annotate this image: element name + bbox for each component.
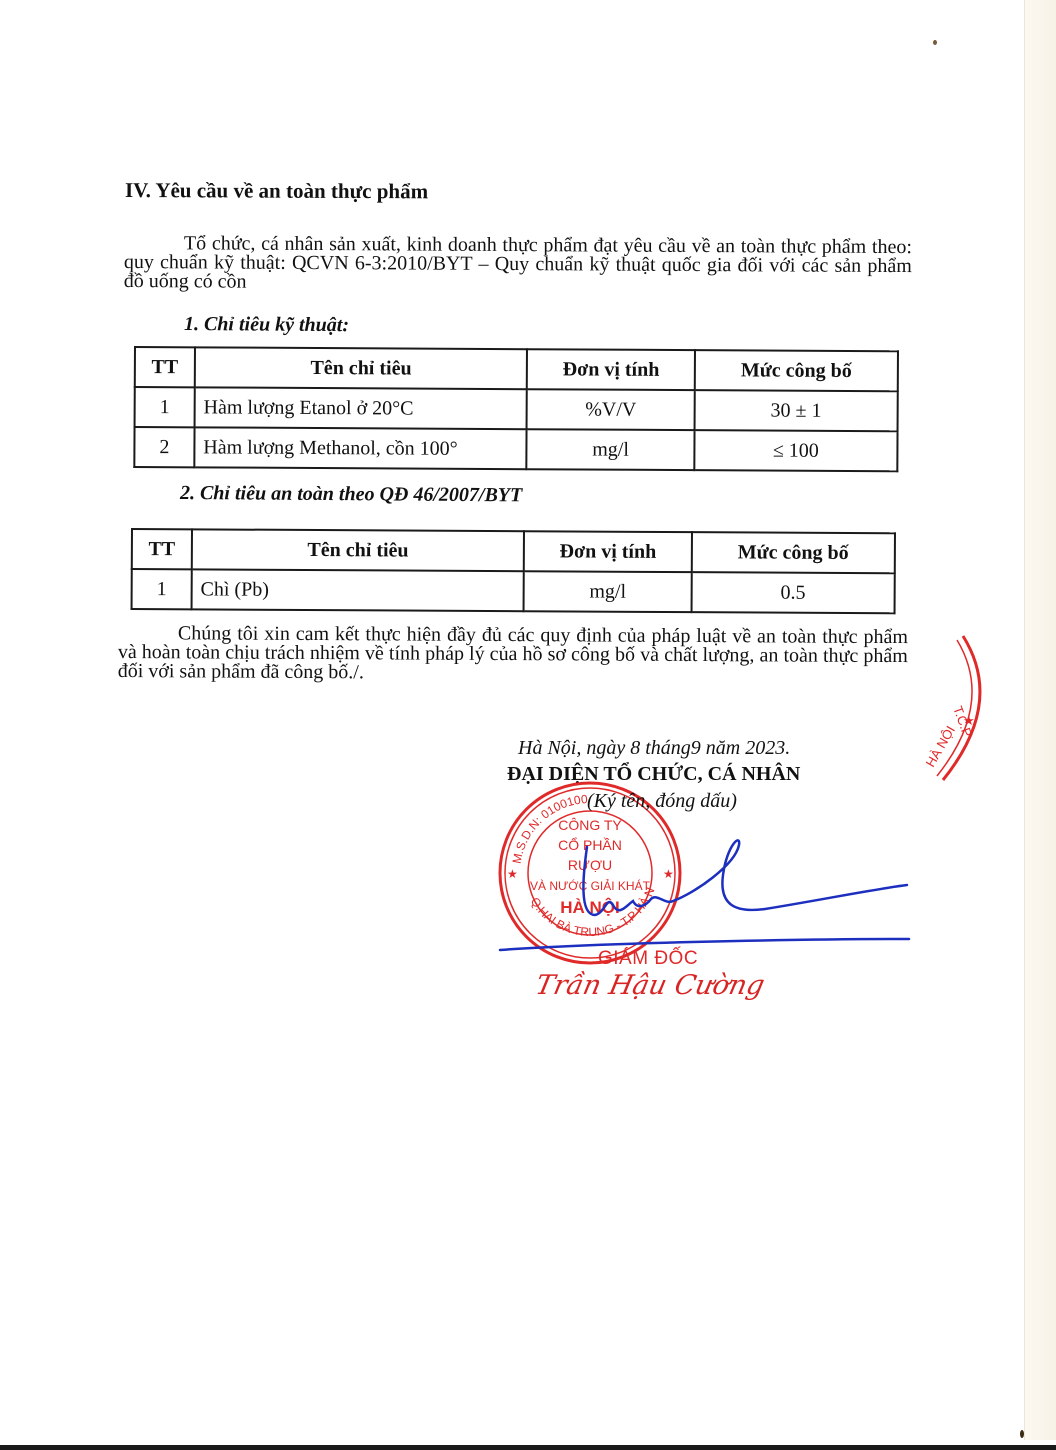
partial-stamp-icon: T.C.P ★ HÀ NỘI — [925, 628, 1056, 788]
header-name: Tên chỉ tiêu — [192, 529, 525, 571]
header-name: Tên chỉ tiêu — [195, 347, 528, 389]
cell-unit: mg/l — [527, 429, 695, 470]
svg-text:HÀ NỘI: HÀ NỘI — [925, 723, 958, 769]
cell-tt: 2 — [134, 427, 194, 467]
signer-role: GIÁM ĐỐC — [598, 948, 698, 970]
technical-criteria-title: 1. Chỉ tiêu kỹ thuật: — [184, 313, 349, 337]
cell-name: Hàm lượng Etanol ở 20°C — [194, 387, 527, 429]
intro-text: Tổ chức, cá nhân sản xuất, kinh doanh th… — [124, 232, 912, 292]
intro-paragraph: Tổ chức, cá nhân sản xuất, kinh doanh th… — [124, 234, 912, 295]
cell-unit: %V/V — [527, 389, 695, 430]
cell-unit: mg/l — [524, 571, 692, 612]
svg-text:★: ★ — [963, 713, 975, 728]
header-unit: Đơn vị tính — [527, 349, 695, 390]
header-value: Mức công bố — [692, 532, 895, 573]
table-header-row: TT Tên chỉ tiêu Đơn vị tính Mức công bố — [135, 347, 898, 391]
header-unit: Đơn vị tính — [524, 531, 692, 572]
cell-tt: 1 — [135, 387, 195, 427]
cell-value: 30 ± 1 — [694, 390, 897, 431]
scan-bottom-border — [0, 1445, 1056, 1450]
cell-name: Hàm lượng Methanol, cồn 100° — [194, 427, 527, 469]
header-value: Mức công bố — [695, 350, 898, 391]
cell-value: ≤ 100 — [694, 430, 897, 471]
stamp-line1: CÔNG TY — [558, 817, 622, 833]
table-header-row: TT Tên chỉ tiêu Đơn vị tính Mức công bố — [132, 529, 895, 573]
safety-criteria-title: 2. Chỉ tiêu an toàn theo QĐ 46/2007/BYT — [180, 482, 522, 507]
header-tt: TT — [135, 347, 195, 387]
handwritten-signature-icon — [495, 835, 915, 955]
scan-speck — [933, 40, 937, 45]
date-place: Hà Nội, ngày 8 tháng9 năm 2023. — [518, 737, 790, 760]
signer-name: Trần Hậu Cường — [533, 970, 768, 1001]
table-row: 2 Hàm lượng Methanol, cồn 100° mg/l ≤ 10… — [134, 427, 897, 471]
table-row: 1 Hàm lượng Etanol ở 20°C %V/V 30 ± 1 — [135, 387, 898, 431]
commitment-paragraph: Chúng tôi xin cam kết thực hiện đầy đủ c… — [118, 624, 908, 685]
safety-criteria-table: TT Tên chỉ tiêu Đơn vị tính Mức công bố … — [131, 528, 896, 614]
table-row: 1 Chì (Pb) mg/l 0.5 — [132, 569, 895, 613]
scan-speck — [1020, 1430, 1024, 1438]
section-heading: IV. Yêu cầu về an toàn thực phẩm — [125, 178, 428, 204]
sign-and-seal-note: (Ký tên, đóng dấu) — [587, 790, 737, 813]
technical-criteria-table: TT Tên chỉ tiêu Đơn vị tính Mức công bố … — [133, 346, 899, 472]
header-tt: TT — [132, 529, 192, 569]
cell-tt: 1 — [132, 569, 192, 609]
cell-value: 0.5 — [691, 572, 894, 613]
commitment-text: Chúng tôi xin cam kết thực hiện đầy đủ c… — [118, 622, 908, 683]
cell-name: Chì (Pb) — [191, 569, 524, 611]
